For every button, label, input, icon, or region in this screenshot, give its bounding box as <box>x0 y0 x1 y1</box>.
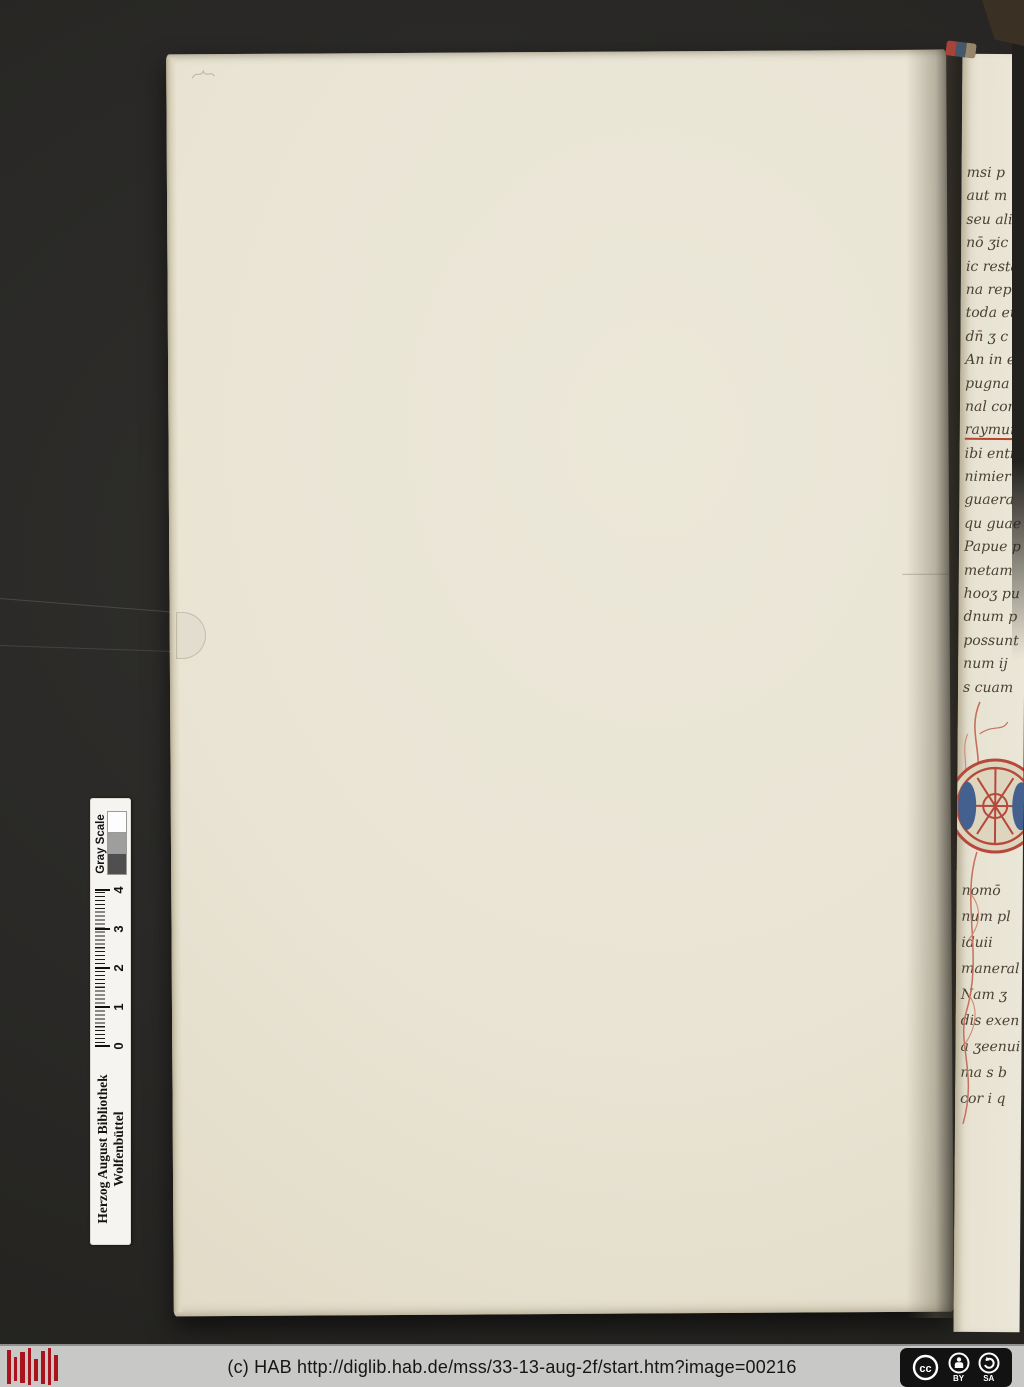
sa-label: SA <box>983 1375 994 1383</box>
grayscale-title: Gray Scale <box>95 814 107 873</box>
grayscale-patch <box>108 834 126 854</box>
film-edge-line <box>0 598 181 613</box>
manuscript-text-segment: metam <box>964 562 1013 578</box>
grayscale-patch <box>108 813 126 833</box>
manuscript-text-segment: ic resta <box>966 258 1019 274</box>
grayscale-patch <box>108 855 126 875</box>
manuscript-text-segment: aut m <box>966 188 1007 204</box>
digitized-manuscript-viewer: { "window": {"background": "#2b2a28"}, "… <box>0 0 1024 1387</box>
manuscript-text-segment: nimier <box>964 469 1010 485</box>
ruler-cm-tick <box>95 1045 110 1047</box>
manuscript-text-segment: possunt <box>963 633 1019 649</box>
manuscript-text-segment: guaera <box>964 492 1014 508</box>
by-label: BY <box>953 1375 964 1383</box>
ruler-number: 4 <box>111 886 126 893</box>
ruler-cm-tick <box>95 928 110 930</box>
ruler-number: 3 <box>111 925 126 932</box>
manuscript-page <box>166 50 954 1317</box>
manuscript-text-segment: dn̄ ʒ c <box>965 329 1008 345</box>
manuscript-text-segment: dnum p <box>963 609 1017 625</box>
gutter-shadow <box>906 50 960 1318</box>
grayscale-ruler: 01234 <box>93 885 129 1053</box>
footer-bar: (c) HAB http://diglib.hab.de/mss/33-13-a… <box>0 1344 1024 1387</box>
ruler-cm-tick <box>95 889 110 891</box>
library-label: Herzog August Bibliothek Wolfenbüttel 01… <box>90 798 131 1245</box>
manuscript-text-segment: toda eu <box>966 305 1019 321</box>
svg-text:cc: cc <box>920 1363 932 1375</box>
book-block-edge <box>1012 0 1024 660</box>
manuscript-text-segment: num ij <box>963 656 1008 672</box>
manuscript-text-segment: pugna <box>965 375 1009 391</box>
ruler-number: 1 <box>111 1003 126 1010</box>
manuscript-text-segment: nal con <box>965 399 1017 415</box>
pencil-mark <box>190 66 216 82</box>
copyright-text: (c) HAB http://diglib.hab.de/mss/33-13-a… <box>0 1346 1024 1387</box>
ruler-number: 0 <box>111 1042 126 1049</box>
ruler-number: 2 <box>111 964 126 971</box>
ruler-cm-tick <box>95 967 110 969</box>
library-name-line1: Herzog August Bibliothek <box>95 1053 110 1245</box>
library-name: Herzog August Bibliothek Wolfenbüttel <box>95 1053 125 1245</box>
library-name-line2: Wolfenbüttel <box>111 1053 126 1245</box>
sa-icon: SA <box>978 1352 1000 1383</box>
ruler-cm-tick <box>95 1006 110 1008</box>
manuscript-text-segment: msi p <box>967 165 1005 181</box>
grayscale-block: Gray Scale <box>95 803 126 885</box>
headband-stripe <box>965 43 977 59</box>
by-icon: BY <box>948 1352 970 1383</box>
book-board-corner <box>982 0 1024 46</box>
film-edge-line <box>0 645 182 652</box>
cc-icon: cc <box>912 1354 939 1381</box>
manuscript-text-segment: An in e <box>965 352 1015 368</box>
decorated-initial <box>955 694 1024 1164</box>
manuscript-text-segment: nō ʒic <box>966 235 1008 251</box>
cc-license-badge[interactable]: cc BY SA <box>900 1348 1012 1387</box>
grayscale-patches <box>108 813 126 876</box>
